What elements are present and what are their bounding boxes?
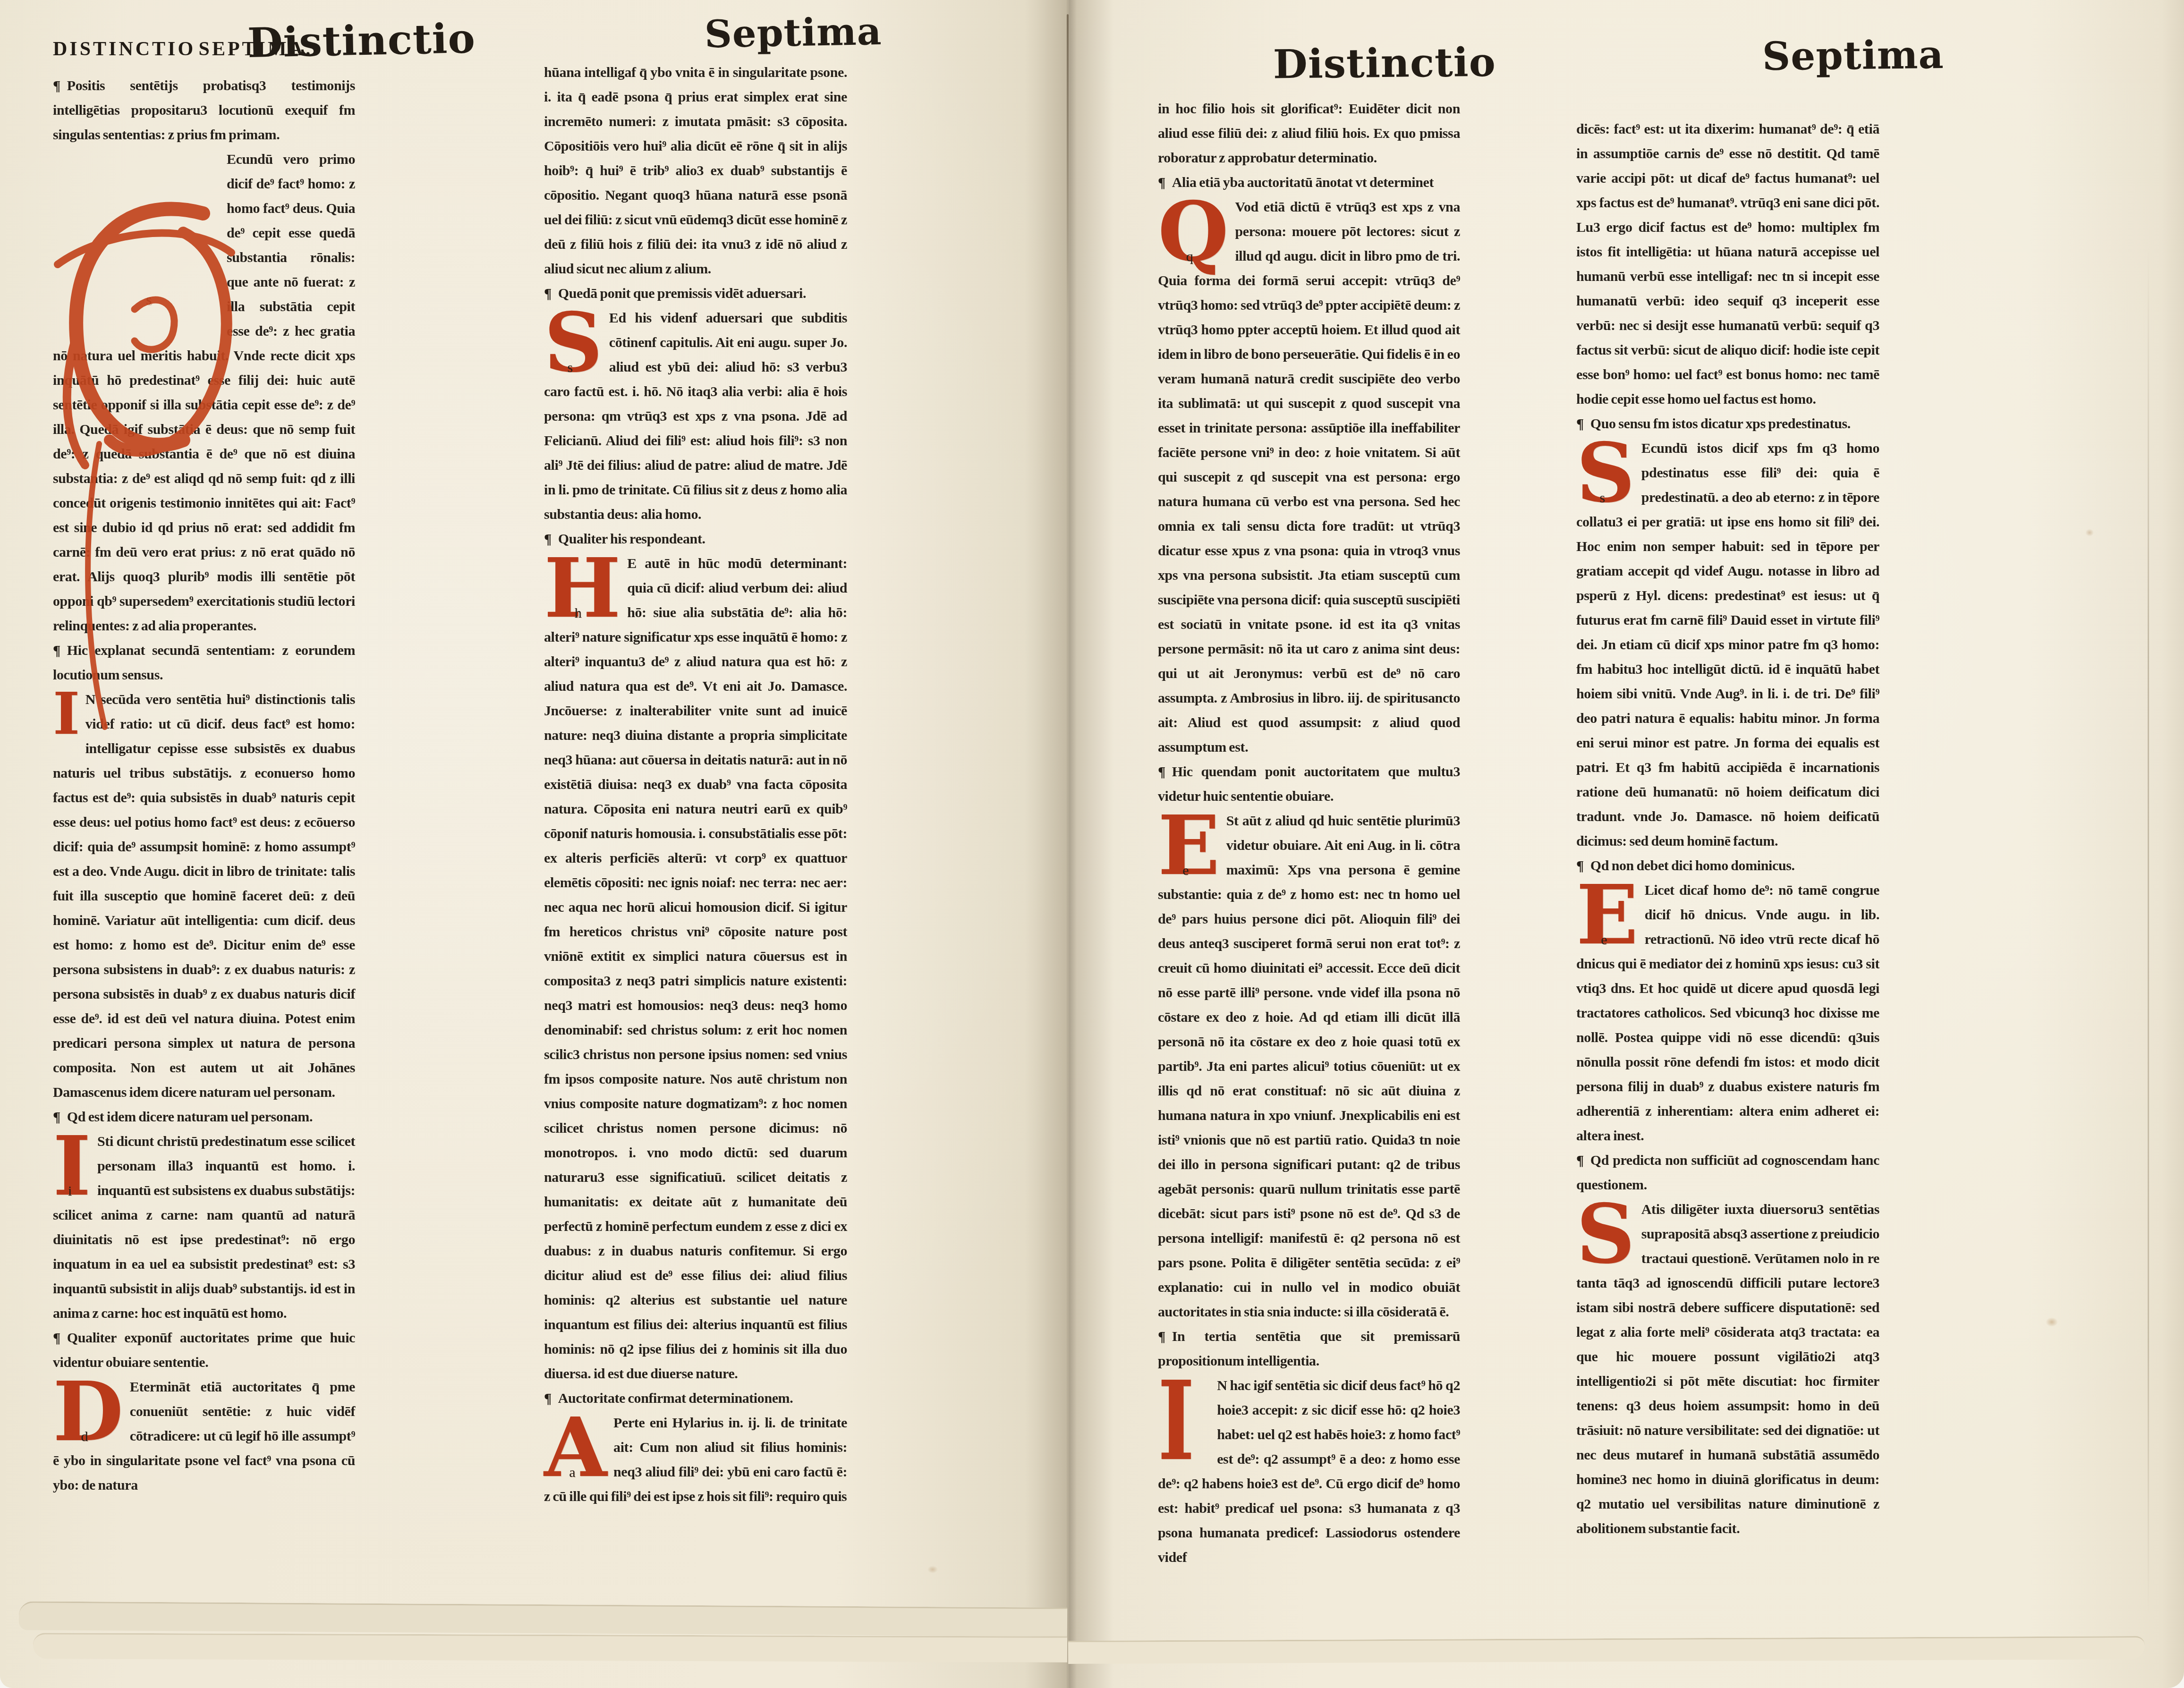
capitulum-mark: ¶ (1576, 1153, 1590, 1168)
paragraph-text: E autē in hūc modū determinant: quia cū … (544, 556, 847, 1382)
capitulum-mark: ¶ (1158, 764, 1172, 780)
lombard-initial-E: Ee (1576, 882, 1638, 952)
capitulum-mark: ¶ (1158, 1329, 1172, 1344)
lombard-initial-I: I (53, 690, 80, 738)
paragraph: IiSti dicunt christū predestinatum esse … (53, 1129, 355, 1326)
paragraph: IN secūda vero sentētia hui⁹ distinction… (53, 687, 355, 1105)
lombard-initial-A: Aa (544, 1415, 607, 1484)
paragraph-text: N secūda vero sentētia hui⁹ distinctioni… (53, 692, 355, 1100)
column-2: hūana intelligaf q̄ ybo vnita ē in singu… (544, 60, 847, 1509)
paragraph: dicēs: fact⁹ est: ut ita dixerim: humana… (1576, 117, 1879, 412)
paragraph: QqVod etiā dictū ē vtrūq3 est xps z vna … (1158, 195, 1460, 760)
guide-letter: a (569, 1440, 575, 1506)
paragraph: hūana intelligaf q̄ ybo vnita ē in singu… (544, 60, 847, 281)
capitulum-mark: ¶ (53, 1330, 67, 1346)
column-3: in hoc filio hois sit glorificat⁹: Euidē… (1158, 97, 1460, 1570)
lombard-initial-H: Hh (544, 555, 620, 625)
column-1: DISTINCTIOSEPTIMA.¶Positis sentētijs pro… (53, 37, 355, 1498)
paragraph: SsEd his videnf aduersari que subditis c… (544, 306, 847, 527)
paragraph-text: In tertia sentētia que sit premissarū pr… (1158, 1329, 1460, 1369)
capitulum-mark: ¶ (53, 643, 67, 658)
book-spread: Distinctio Septima Distinctio Septima DI… (0, 0, 2184, 1688)
lombard-initial-I: Ii (53, 1133, 91, 1203)
paragraph: DdEtermināt etiā auctoritates q̄ pme con… (53, 1375, 355, 1498)
lombard-initial-S: Ss (1576, 440, 1635, 510)
paragraph: IN hac igif sentētia sic dicif deus fact… (1158, 1374, 1460, 1570)
guide-letter: i (68, 1158, 72, 1224)
paragraph: HhE autē in hūc modū determinant: quia c… (544, 551, 847, 1386)
running-header-recto-distinctio: Distinctio (1273, 39, 1496, 88)
guide-letter: s (1600, 465, 1605, 531)
paragraph-text: dicēs: fact⁹ est: ut ita dixerim: humana… (1576, 121, 1879, 407)
paragraph-text: hūana intelligaf q̄ ybo vnita ē in singu… (544, 65, 847, 277)
lombard-initial-S: Ss (53, 152, 219, 326)
paragraph-text: N hac igif sentētia sic dicif deus fact⁹… (1158, 1378, 1460, 1565)
lombard-initial-E: Ee (1158, 813, 1220, 882)
paragraph: AaPerte eni Hylarius in. ij. li. de trin… (544, 1411, 847, 1509)
lombard-initial-I: I (1158, 1376, 1194, 1471)
guide-letter: h (575, 580, 582, 646)
lombard-initial-Q: Qq (1158, 199, 1228, 269)
guide-letter: e (1601, 907, 1607, 973)
lombard-initial-D: Dd (53, 1379, 123, 1449)
paragraph: EeLicet dicaf homo de⁹: nō tamē congrue … (1576, 878, 1879, 1148)
guide-letter: e (1182, 838, 1189, 904)
guide-letter: s (146, 221, 152, 377)
guide-letter: q (1186, 224, 1193, 290)
chapter-heading-word: SEPTIMA. (199, 37, 313, 61)
lombard-initial-S: Ss (544, 310, 603, 380)
guide-letter: s (568, 335, 573, 401)
running-header-verso-septima: Septima (704, 9, 882, 57)
paragraph-text: Hic explanat secundā sententiam: z eorun… (53, 643, 355, 683)
paragraph: SAtis diligēter iuxta diuersoru3 sentēti… (1576, 1197, 1879, 1541)
column-chapter-heading: DISTINCTIOSEPTIMA. (53, 37, 313, 61)
chapter-heading-word: DISTINCTIO (53, 37, 195, 61)
lombard-initial-S: S (1576, 1201, 1635, 1271)
section-heading: ¶In tertia sentētia que sit premissarū p… (1158, 1324, 1460, 1374)
section-heading: ¶Qd est idem dicere naturam uel personam… (53, 1105, 355, 1129)
section-heading: ¶Hic explanat secundā sententiam: z eoru… (53, 638, 355, 687)
guide-letter: d (81, 1404, 88, 1470)
running-header-recto-septima: Septima (1762, 32, 1945, 79)
paragraph-text: Sti dicunt christū predestinatum esse sc… (53, 1134, 355, 1321)
paragraph-text: in hoc filio hois sit glorificat⁹: Euidē… (1158, 101, 1460, 166)
paragraph: SsEcundū vero primo dicif de⁹ fact⁹ homo… (53, 147, 355, 638)
paragraph: in hoc filio hois sit glorificat⁹: Euidē… (1158, 97, 1460, 170)
paragraph: EeSt aūt z aliud qd huic sentētie plurim… (1158, 809, 1460, 1324)
paragraph-text: Vod etiā dictū ē vtrūq3 est xps z vna pe… (1158, 199, 1460, 755)
capitulum-mark: ¶ (53, 78, 67, 93)
column-4: dicēs: fact⁹ est: ut ita dixerim: humana… (1576, 117, 1879, 1541)
paragraph-text: Qd est idem dicere naturam uel personam. (67, 1109, 313, 1125)
paragraph: SsEcundū istos dicif xps fm q3 homo pdes… (1576, 436, 1879, 854)
